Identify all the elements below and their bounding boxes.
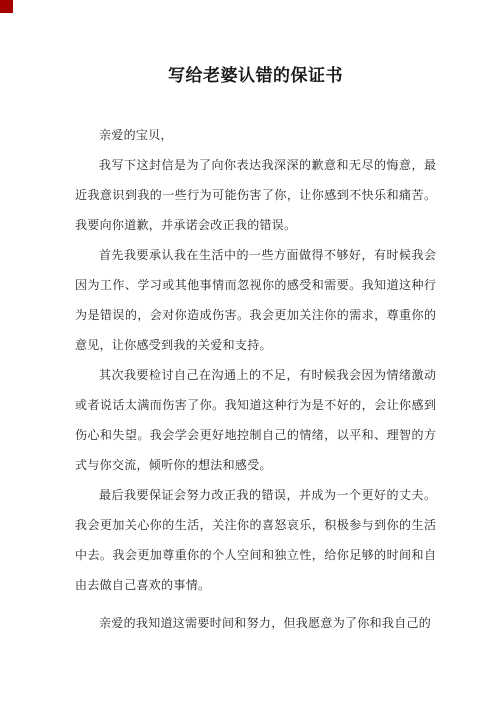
text-line: 其次我要检讨自己在沟通上的不足，有时候我会因为情绪激动 — [75, 360, 436, 390]
text-line: 最后我要保证会努力改正我的错误，并成为一个更好的丈夫。 — [75, 480, 436, 510]
document-page: 写给老婆认错的保证书 亲爱的宝贝，我写下这封信是为了向你表达我深深的歉意和无尽的… — [0, 0, 500, 707]
text-line: 或者说话太满而伤害了你。我知道这种行为是不好的，会让你感到 — [75, 390, 436, 420]
text-line: 式与你交流，倾听你的想法和感受。 — [75, 450, 436, 480]
text-line: 因为工作、学习或其他事情而忽视你的感受和需要。我知道这种行 — [75, 270, 436, 300]
paragraph: 我写下这封信是为了向你表达我深深的歉意和无尽的悔意，最近我意识到我的一些行为可能… — [75, 150, 436, 240]
paragraph: 其次我要检讨自己在沟通上的不足，有时候我会因为情绪激动或者说话太满而伤害了你。我… — [75, 360, 436, 480]
text-line: 亲爱的宝贝， — [75, 120, 436, 150]
text-line: 为是错误的，会对你造成伤害。我会更加关注你的需求，尊重你的 — [75, 300, 436, 330]
text-line: 亲爱的我知道这需要时间和努力，但我愿意为了你和我自己的 — [75, 608, 436, 638]
document-body: 亲爱的宝贝，我写下这封信是为了向你表达我深深的歉意和无尽的悔意，最近我意识到我的… — [75, 120, 436, 638]
text-line: 意见，让你感受到我的关爱和支持。 — [75, 330, 436, 360]
text-line: 由去做自己喜欢的事情。 — [75, 570, 436, 600]
text-line: 我会更加关心你的生活，关注你的喜怒哀乐，积极参与到你的生活 — [75, 510, 436, 540]
text-line: 我写下这封信是为了向你表达我深深的歉意和无尽的悔意，最 — [75, 150, 436, 180]
paragraph: 亲爱的我知道这需要时间和努力，但我愿意为了你和我自己的 — [75, 608, 436, 638]
text-line: 中去。我会更加尊重你的个人空间和独立性，给你足够的时间和自 — [75, 540, 436, 570]
text-line: 伤心和失望。我会学会更好地控制自己的情绪，以平和、理智的方 — [75, 420, 436, 450]
text-line: 近我意识到我的一些行为可能伤害了你，让你感到不快乐和痛苦。 — [75, 180, 436, 210]
paragraph: 亲爱的宝贝， — [75, 120, 436, 150]
text-line: 首先我要承认我在生活中的一些方面做得不够好，有时候我会 — [75, 240, 436, 270]
paragraph: 最后我要保证会努力改正我的错误，并成为一个更好的丈夫。我会更加关心你的生活，关注… — [75, 480, 436, 600]
text-line: 我要向你道歉，并承诺会改正我的错误。 — [75, 210, 436, 240]
red-corner-marker — [0, 0, 13, 13]
paragraph: 首先我要承认我在生活中的一些方面做得不够好，有时候我会因为工作、学习或其他事情而… — [75, 240, 436, 360]
document-title: 写给老婆认错的保证书 — [75, 64, 436, 88]
